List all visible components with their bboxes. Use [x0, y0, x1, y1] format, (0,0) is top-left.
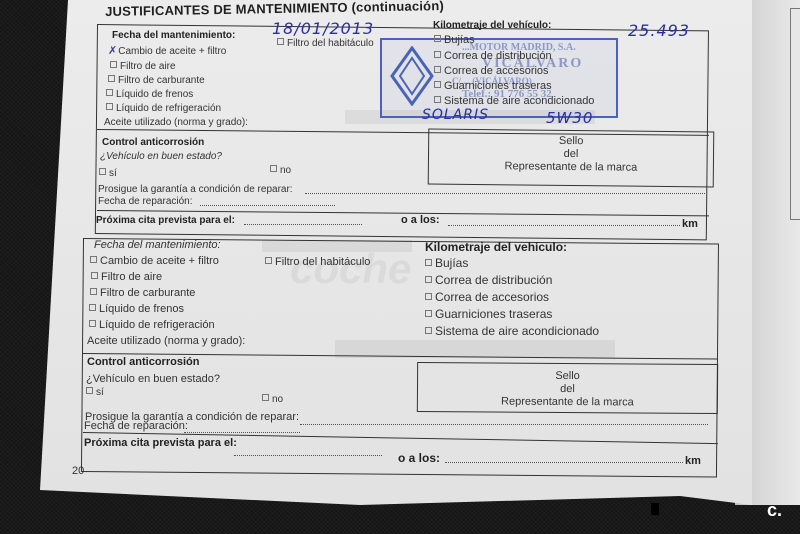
km-item-correa-distribucion[interactable]: Correa de distribución: [434, 50, 552, 62]
checkbox-icon: [262, 394, 269, 401]
checkbox-icon: [277, 38, 284, 45]
item-label: Sistema de aire acondicionado: [444, 95, 594, 107]
km-unit: km: [682, 218, 698, 230]
item-label: Sistema de aire acondicionado: [435, 324, 599, 338]
km-item-guarniciones[interactable]: Guarniciones traseras: [434, 80, 552, 92]
checkbox-icon: [89, 320, 96, 327]
checkbox-icon: [434, 66, 441, 73]
page-number: 20: [72, 465, 84, 477]
proxima-km-field[interactable]: [445, 462, 683, 463]
aceite-label: Aceite utilizado (norma y grado):: [87, 335, 245, 347]
km-item-correa-accesorios[interactable]: Correa de accesorios: [434, 65, 549, 77]
km-item-bujias[interactable]: Bujías: [434, 34, 475, 46]
km-item-aire-acondicionado[interactable]: Sistema de aire acondicionado: [425, 324, 599, 338]
fecha-label: Fecha del mantenimiento:: [94, 239, 221, 251]
proxima-label: Próxima cita prevista para el:: [96, 215, 235, 226]
item-filtro-habitaculo[interactable]: Filtro del habitáculo: [265, 256, 370, 268]
item-cambio-aceite[interactable]: Cambio de aceite + filtro: [90, 255, 219, 267]
km-item-guarniciones[interactable]: Guarniciones traseras: [425, 307, 552, 321]
item-label: Filtro del habitáculo: [287, 38, 374, 49]
sello-line: Representante de la marca: [418, 395, 717, 410]
checkbox-icon: [265, 257, 272, 264]
km-item-aire-acondicionado[interactable]: Sistema de aire acondicionado: [434, 95, 594, 107]
control-question: ¿Vehículo en buen estado?: [86, 373, 220, 385]
checkbox-icon: [425, 276, 432, 283]
checkbox-icon: [434, 81, 441, 88]
item-liquido-frenos[interactable]: Líquido de frenos: [89, 303, 184, 315]
item-label: Bujías: [435, 256, 468, 270]
fecha-reparacion-label: Fecha de reparación:: [98, 196, 193, 207]
renault-logo-icon: [390, 46, 434, 106]
item-label: Filtro de carburante: [100, 287, 195, 299]
checkbox-icon: [425, 293, 432, 300]
sello-box: Sello del Representante de la marca: [417, 362, 718, 414]
item-label: Guarniciones traseras: [435, 307, 552, 321]
item-label: Filtro de aire: [120, 61, 176, 72]
checkbox-icon: [110, 61, 117, 68]
bookmark-ribbon: [651, 503, 659, 515]
proxima-km-field[interactable]: [448, 225, 680, 226]
km-label: Kilometraje del vehículo:: [425, 240, 567, 254]
item-filtro-carburante[interactable]: Filtro de carburante: [90, 287, 195, 299]
km-unit: km: [685, 455, 701, 467]
checkbox-icon: [89, 304, 96, 311]
km-label: Kilometraje del vehículo:: [433, 20, 551, 31]
handwritten-km: 25.493: [628, 21, 690, 40]
item-filtro-habitaculo[interactable]: Filtro del habitáculo: [277, 38, 374, 49]
title-suffix: (continuación): [351, 0, 444, 15]
item-label: Correa de accesorios: [444, 65, 549, 77]
checkbox-icon: [99, 168, 106, 175]
checkbox-icon: [434, 35, 441, 42]
item-label: Líquido de frenos: [116, 89, 193, 100]
option-label: no: [272, 394, 283, 405]
checkbox-icon: [425, 327, 432, 334]
prosigue-field[interactable]: [305, 193, 705, 194]
checked-mark-icon: ✗: [108, 44, 117, 57]
item-cambio-aceite[interactable]: ✗Cambio de aceite + filtro: [108, 44, 226, 57]
item-label: Guarniciones traseras: [444, 80, 552, 92]
proxima-label: Próxima cita prevista para el:: [84, 437, 237, 449]
item-liquido-refrigeracion[interactable]: Líquido de refrigeración: [89, 319, 215, 331]
item-label: Cambio de aceite + filtro: [118, 46, 226, 57]
option-label: sí: [96, 387, 104, 398]
item-liquido-frenos[interactable]: Líquido de frenos: [106, 89, 193, 100]
checkbox-icon: [91, 272, 98, 279]
option-si[interactable]: sí: [86, 387, 104, 398]
checkbox-icon: [108, 75, 115, 82]
fecha-reparacion-field[interactable]: [200, 205, 335, 206]
prosigue-label: Prosigue la garantía a condición de repa…: [98, 184, 293, 195]
item-label: Filtro de aire: [101, 271, 162, 283]
option-no[interactable]: no: [270, 165, 291, 176]
control-title: Control anticorrosión: [102, 137, 204, 148]
item-label: Bujías: [444, 34, 475, 46]
checkbox-icon: [86, 387, 93, 394]
item-filtro-aire[interactable]: Filtro de aire: [91, 271, 162, 283]
item-label: Correa de distribución: [435, 273, 552, 287]
facing-page-form-edge: [790, 8, 800, 220]
watermark-logo: c.: [767, 500, 782, 521]
checkbox-icon: [106, 89, 113, 96]
item-filtro-carburante[interactable]: Filtro de carburante: [108, 75, 205, 86]
option-label: no: [280, 165, 291, 176]
handwritten-oil-grade: 5W30: [546, 109, 593, 127]
checkbox-icon: [434, 96, 441, 103]
proxima-date-field[interactable]: [244, 224, 362, 225]
km-item-bujias[interactable]: Bujías: [425, 256, 468, 270]
item-label: Cambio de aceite + filtro: [100, 255, 219, 267]
control-question: ¿Vehículo en buen estado?: [100, 151, 222, 162]
sello-box: Sello del Representante de la marca: [428, 129, 715, 188]
option-label: sí: [109, 168, 117, 179]
checkbox-icon: [434, 51, 441, 58]
o-a-los-label: o a los:: [401, 214, 440, 226]
item-liquido-refrigeracion[interactable]: Líquido de refrigeración: [106, 103, 221, 114]
item-label: Correa de accesorios: [435, 290, 549, 304]
fecha-reparacion-field[interactable]: [184, 432, 300, 433]
checkbox-icon: [90, 288, 97, 295]
option-si[interactable]: sí: [99, 168, 117, 179]
handwritten-oil-brand: SOLARIS: [422, 107, 489, 123]
item-filtro-aire[interactable]: Filtro de aire: [110, 61, 176, 72]
fecha-label: Fecha del mantenimiento:: [112, 30, 235, 41]
handwritten-date: 18/01/2013: [272, 19, 374, 38]
option-no[interactable]: no: [262, 394, 283, 405]
control-title: Control anticorrosión: [87, 356, 199, 368]
item-label: Líquido de refrigeración: [99, 319, 215, 331]
checkbox-icon: [425, 259, 432, 266]
item-label: Líquido de frenos: [99, 303, 184, 315]
fecha-reparacion-label: Fecha de reparación:: [84, 420, 188, 432]
sello-line: Representante de la marca: [429, 160, 713, 176]
checkbox-icon: [90, 256, 97, 263]
item-label: Correa de distribución: [444, 50, 552, 62]
aceite-label: Aceite utilizado (norma y grado):: [104, 117, 248, 128]
item-label: Filtro del habitáculo: [275, 256, 370, 268]
o-a-los-label: o a los:: [398, 451, 440, 465]
item-label: Líquido de refrigeración: [116, 103, 221, 114]
checkbox-icon: [270, 165, 277, 172]
km-item-correa-distribucion[interactable]: Correa de distribución: [425, 273, 552, 287]
checkbox-icon: [425, 310, 432, 317]
proxima-date-field[interactable]: [234, 455, 382, 456]
checkbox-icon: [106, 103, 113, 110]
item-label: Filtro de carburante: [118, 75, 205, 86]
km-item-correa-accesorios[interactable]: Correa de accesorios: [425, 290, 549, 304]
prosigue-field[interactable]: [300, 424, 708, 425]
